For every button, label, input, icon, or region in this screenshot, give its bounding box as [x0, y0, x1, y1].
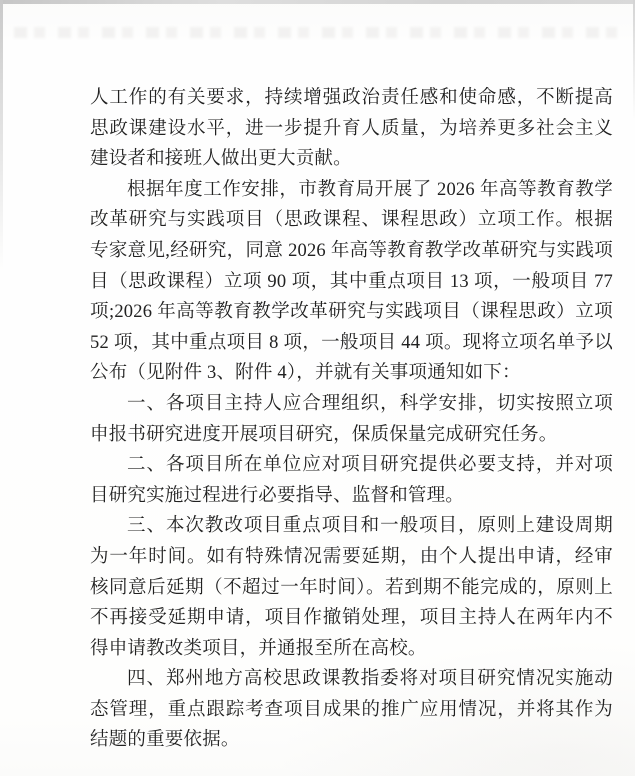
document-body: 人工作的有关要求，持续增强政治责任感和使命感，不断提高思政课建设水平，进一步提升…	[90, 83, 613, 756]
paragraph-item-4: 四、郑州地方高校思政课教指委将对项目研究情况实施动态管理，重点跟踪考查项目成果的…	[90, 664, 613, 756]
scanned-document-page: 人工作的有关要求，持续增强政治责任感和使命感，不断提高思政课建设水平，进一步提升…	[0, 0, 635, 776]
paragraph-continuation: 人工作的有关要求，持续增强政治责任感和使命感，不断提高思政课建设水平，进一步提升…	[90, 83, 613, 175]
bleed-through-artifact	[14, 27, 625, 38]
paragraph-intro: 根据年度工作安排，市教育局开展了 2026 年高等教育教学改革研究与实践项目（思…	[90, 175, 613, 389]
paragraph-item-3: 三、本次教改项目重点项目和一般项目，原则上建设周期为一年时间。如有特殊情况需要延…	[90, 511, 613, 664]
scan-edge-top	[0, 0, 635, 4]
paragraph-item-1: 一、各项目主持人应合理组织，科学安排，切实按照立项申报书研究进度开展项目研究，保…	[90, 389, 613, 450]
paragraph-item-2: 二、各项目所在单位应对项目研究提供必要支持，并对项目研究实施过程进行必要指导、监…	[90, 450, 613, 511]
scan-edge-left	[0, 0, 3, 270]
